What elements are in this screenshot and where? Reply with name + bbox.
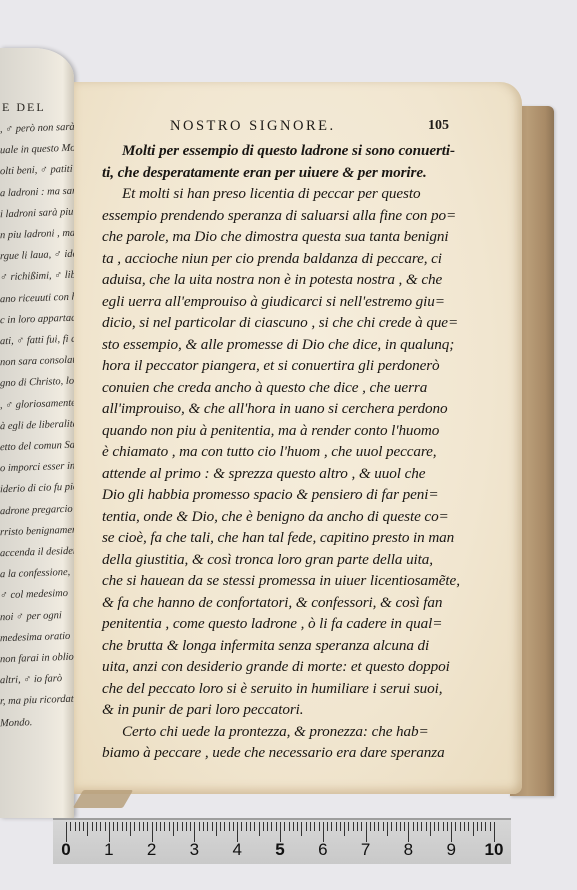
text-line: Certo chi uede la prontezza, & pronezza:… [102, 721, 502, 743]
ruler-tick [271, 822, 272, 831]
running-title: NOSTRO SIGNORE. [170, 118, 336, 135]
left-page-line: non farai in oblio [0, 647, 74, 671]
text-line: che del peccato loro si è seruito in hum… [102, 678, 502, 700]
left-page-line: adrone pregarcio [0, 498, 74, 522]
ruler-tick [447, 822, 448, 831]
ruler-tick [139, 822, 140, 831]
ruler-tick [404, 822, 405, 831]
ruler-tick [455, 822, 456, 831]
left-page-fragment: E DEL , ♂ però non sarà fouale in questo… [0, 48, 74, 818]
recto-page: NOSTRO SIGNORE. 105 Molti per essempio d… [74, 82, 522, 794]
ruler-tick [152, 822, 153, 842]
body-text: Molti per essempio di questo ladrone si … [102, 140, 502, 764]
ruler-tick [323, 822, 324, 842]
ruler-tick [400, 822, 401, 831]
ruler-tick [220, 822, 221, 831]
ruler-tick [113, 822, 114, 831]
ruler-tick [344, 822, 345, 836]
ruler-tick [289, 822, 290, 831]
ruler-label: 4 [232, 840, 241, 860]
left-page-line: rristo benignamente [0, 520, 74, 544]
text-line: attende al primo : & sprezza questo altr… [102, 463, 502, 485]
ruler-tick [391, 822, 392, 831]
left-page-line: ♂ col medesimo [0, 583, 74, 607]
ruler-label: 10 [485, 840, 504, 860]
ruler-tick [306, 822, 307, 831]
ruler-tick [494, 822, 495, 842]
page-number: 105 [428, 118, 449, 134]
ruler-tick [481, 822, 482, 831]
ruler-tick [83, 822, 84, 831]
ruler-tick [267, 822, 268, 831]
ruler-tick [164, 822, 165, 831]
ruler-ticks [66, 822, 494, 842]
ruler-tick [87, 822, 88, 836]
ruler-tick [280, 822, 281, 842]
text-line: essempio prendendo speranza di saluarsi … [102, 205, 502, 227]
ruler-tick [263, 822, 264, 831]
left-page-line: i ladroni sarà piu bda [0, 202, 74, 226]
ruler-tick [366, 822, 367, 842]
ruler-tick [301, 822, 302, 836]
left-page-line: a ladroni : ma sarà ben [0, 180, 74, 204]
ruler-tick [194, 822, 195, 842]
text-line: & fa che hanno de confortatori, & confes… [102, 592, 502, 614]
left-page-line: n piu ladroni , ma piu [0, 223, 74, 247]
ruler-tick [357, 822, 358, 831]
ruler-tick [229, 822, 230, 831]
text-line: è chiamato , ma con tutto cio l'huom , c… [102, 441, 502, 463]
left-page-line: à egli de liberalità [0, 414, 74, 438]
text-line: uita, anzi con desiderio grande di morte… [102, 656, 502, 678]
ruler-tick [126, 822, 127, 831]
ruler-label: 1 [104, 840, 113, 860]
ruler-tick [490, 822, 491, 831]
ruler-tick [319, 822, 320, 831]
ruler-tick [79, 822, 80, 831]
ruler-label: 0 [61, 840, 70, 860]
ruler-tick [100, 822, 101, 831]
ruler-tick [212, 822, 213, 831]
left-page-text: , ♂ però non sarà fouale in questo Mondo… [0, 118, 74, 733]
left-page-line: olti beni, ♂ patiti mo [0, 159, 74, 183]
ruler-tick [408, 822, 409, 842]
ruler-tick [147, 822, 148, 831]
ruler-tick [370, 822, 371, 831]
left-page-line: r, ma piu ricordat [0, 689, 74, 713]
text-line: Molti per essempio di questo ladrone si … [102, 140, 502, 162]
ruler-tick [421, 822, 422, 831]
ruler-tick [477, 822, 478, 831]
ruler-tick [246, 822, 247, 831]
text-line: aduisa, che la uita nostra non è in pote… [102, 269, 502, 291]
ruler-tick [353, 822, 354, 831]
ruler-tick [177, 822, 178, 831]
ruler-tick [451, 822, 452, 842]
text-line: egli uerra all'emprouiso à giudicarci si… [102, 291, 502, 313]
ruler-tick [293, 822, 294, 831]
ruler-tick [237, 822, 238, 842]
ruler-tick [186, 822, 187, 831]
ruler-tick [417, 822, 418, 831]
left-page-line: noi ♂ per ogni [0, 604, 74, 628]
ruler-tick [207, 822, 208, 831]
ruler-tick [430, 822, 431, 836]
ruler-tick [173, 822, 174, 836]
left-page-line: Mondo. [0, 710, 74, 734]
ruler-label: 3 [190, 840, 199, 860]
ruler-labels: 012345678910 [53, 840, 511, 862]
ruler-tick [473, 822, 474, 836]
left-page-line: c in loro appartad [0, 308, 74, 332]
text-line: biamo à peccare , uede che necessario er… [102, 742, 502, 764]
ruler-label: 8 [404, 840, 413, 860]
ruler-tick [130, 822, 131, 836]
text-line: quando non piu à penitentia, ma à render… [102, 420, 502, 442]
ruler-tick [233, 822, 234, 831]
left-page-line: , ♂ gloriosamente u [0, 392, 74, 416]
ruler-tick [310, 822, 311, 831]
torn-page-tab [73, 790, 133, 808]
ruler-tick [464, 822, 465, 831]
ruler-tick [378, 822, 379, 831]
ruler-label: 5 [275, 840, 284, 860]
text-line: hora il peccator piangera, et si conuert… [102, 355, 502, 377]
text-line: sto essempio, & alle promesse di Dio che… [102, 334, 502, 356]
text-line: tentia, onde & Dio, che è benigno da anc… [102, 506, 502, 528]
ruler-label: 7 [361, 840, 370, 860]
ruler-tick [134, 822, 135, 831]
ruler-tick [348, 822, 349, 831]
text-line: Et molti si han preso licentia di peccar… [102, 183, 502, 205]
ruler-tick [254, 822, 255, 831]
ruler-tick [314, 822, 315, 831]
ruler-tick [331, 822, 332, 831]
ruler-tick [434, 822, 435, 831]
ruler-tick [387, 822, 388, 836]
ruler-label: 9 [446, 840, 455, 860]
ruler-label: 6 [318, 840, 327, 860]
left-page-line: medesima oratio [0, 626, 74, 650]
text-line: conuien che creda ancho à questo che dic… [102, 377, 502, 399]
text-line: penitentia , come questo ladrone , ò li … [102, 613, 502, 635]
ruler-tick [182, 822, 183, 831]
ruler-tick [241, 822, 242, 831]
left-page-line: etto del comun Saluo [0, 435, 74, 459]
ruler-tick [327, 822, 328, 831]
left-page-line: ♂ richißimi, ♂ libero [0, 265, 74, 289]
ruler-tick [413, 822, 414, 831]
ruler-tick [336, 822, 337, 831]
ruler-tick [374, 822, 375, 831]
left-page-line: ati, ♂ fatti fui, fi de [0, 329, 74, 353]
text-line: che si hauean da se stessi promessa in u… [102, 570, 502, 592]
text-line: dicio, si nel particolar di ciascuno , s… [102, 312, 502, 334]
ruler-tick [340, 822, 341, 831]
ruler-tick [143, 822, 144, 831]
ruler-tick [284, 822, 285, 831]
ruler-tick [426, 822, 427, 831]
ruler-tick [75, 822, 76, 831]
text-line: che parole, ma Dio che dimostra questa s… [102, 226, 502, 248]
ruler-tick [485, 822, 486, 831]
ruler-tick [216, 822, 217, 836]
ruler-tick [117, 822, 118, 831]
ruler-tick [250, 822, 251, 831]
ruler-tick [460, 822, 461, 831]
text-line: che brutta & longa infermita senza spera… [102, 635, 502, 657]
ruler-tick [199, 822, 200, 831]
ruler-tick [259, 822, 260, 836]
ruler-tick [443, 822, 444, 831]
text-line: della giustitia, & così tronca loro gran… [102, 549, 502, 571]
left-page-line: , ♂ però non sarà fo [0, 117, 74, 141]
ruler-tick [92, 822, 93, 831]
ruler-tick [438, 822, 439, 831]
left-page-line: iderio di cio fu pio [0, 477, 74, 501]
text-line: se cioè, fa che tali, che han tal fede, … [102, 527, 502, 549]
scale-ruler: 012345678910 [53, 818, 511, 864]
left-page-line: accenda il desider [0, 541, 74, 565]
ruler-tick [105, 822, 106, 831]
left-running-title: E DEL [2, 100, 46, 115]
ruler-tick [468, 822, 469, 831]
ruler-tick [276, 822, 277, 831]
text-line: Dio gli habbia promesso spacio & pensier… [102, 484, 502, 506]
ruler-tick [66, 822, 67, 842]
ruler-tick [70, 822, 71, 831]
text-line: ta , acciochе niun per cio prenda baldan… [102, 248, 502, 270]
ruler-tick [96, 822, 97, 831]
text-line: & in punir de pari loro peccatori. [102, 699, 502, 721]
ruler-tick [160, 822, 161, 831]
ruler-tick [109, 822, 110, 842]
ruler-tick [383, 822, 384, 831]
left-page-line: gno di Christo, lod [0, 371, 74, 395]
ruler-tick [122, 822, 123, 831]
ruler-tick [396, 822, 397, 831]
ruler-tick [224, 822, 225, 831]
ruler-tick [203, 822, 204, 831]
ruler-tick [297, 822, 298, 831]
text-line: all'improuiso, & che all'hora in uano si… [102, 398, 502, 420]
ruler-tick [156, 822, 157, 831]
ruler-tick [169, 822, 170, 831]
photo-scene: E DEL , ♂ però non sarà fouale in questo… [0, 0, 577, 890]
left-page-line: ano riceuuti con hono [0, 286, 74, 310]
ruler-tick [190, 822, 191, 831]
ruler-tick [361, 822, 362, 831]
ruler-label: 2 [147, 840, 156, 860]
text-line: ti, che desperatamente eran per uiuere &… [102, 162, 502, 184]
